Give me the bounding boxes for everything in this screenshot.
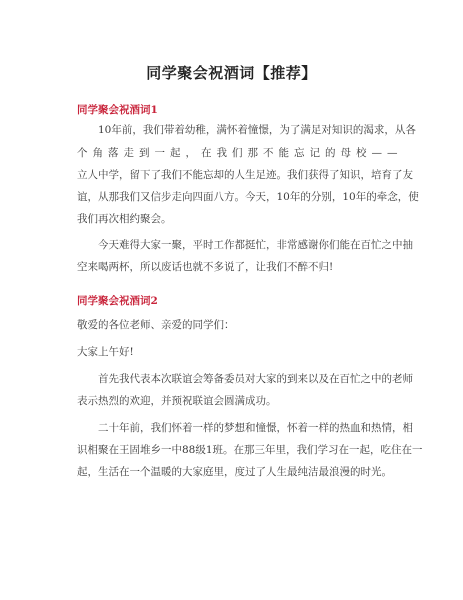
paragraph-line: 10年前，我们带着幼稚，满怀着憧憬，为了满足对知识的渴求，从各 [98, 123, 387, 137]
paragraph-line: 谊，从那我们又信步走向四面八方。今天，10年的分别，10年的牵念，使 [77, 190, 387, 204]
paragraph-line: 二十年前，我们怀着一样的梦想和憧憬，怀着一样的热血和热情，相 [98, 421, 387, 435]
paragraph-line: 起，生活在一个温暖的大家庭里，度过了人生最纯洁最浪漫的时光。 [77, 465, 387, 479]
section-heading-2: 同学聚会祝酒词2 [77, 293, 158, 308]
paragraph-line: 表示热烈的欢迎，并预祝联谊会圆满成功。 [77, 394, 387, 408]
paragraph-line: 敬爱的各位老师、亲爱的同学们： [77, 318, 387, 332]
page-title: 同学聚会祝酒词【推荐】 [0, 62, 463, 83]
paragraph-line: 空来喝两杯，所以废话也就不多说了，让我们不醉不归! [77, 260, 387, 274]
document-page: 同学聚会祝酒词【推荐】 同学聚会祝酒词1 10年前，我们带着幼稚，满怀着憧憬，为… [0, 0, 463, 600]
paragraph-line: 个角落走到一起，在我们那不能忘记的母校—— [77, 146, 387, 160]
paragraph-line: 立人中学，留下了我们不能忘却的人生足迹。我们获得了知识，培育了友 [77, 168, 387, 182]
paragraph-line: 识相聚在王固堆乡一中88级1班。在那三年里，我们学习在一起，吃住在一 [77, 443, 387, 457]
paragraph-line: 我们再次相约聚会。 [77, 212, 387, 226]
paragraph-line: 首先我代表本次联谊会筹备委员对大家的到来以及在百忙之中的老师 [98, 372, 387, 386]
section-heading-1: 同学聚会祝酒词1 [77, 102, 158, 117]
paragraph-line: 大家上午好! [77, 345, 387, 359]
paragraph-line: 今天难得大家一聚，平时工作都挺忙，非常感谢你们能在百忙之中抽 [98, 238, 387, 252]
